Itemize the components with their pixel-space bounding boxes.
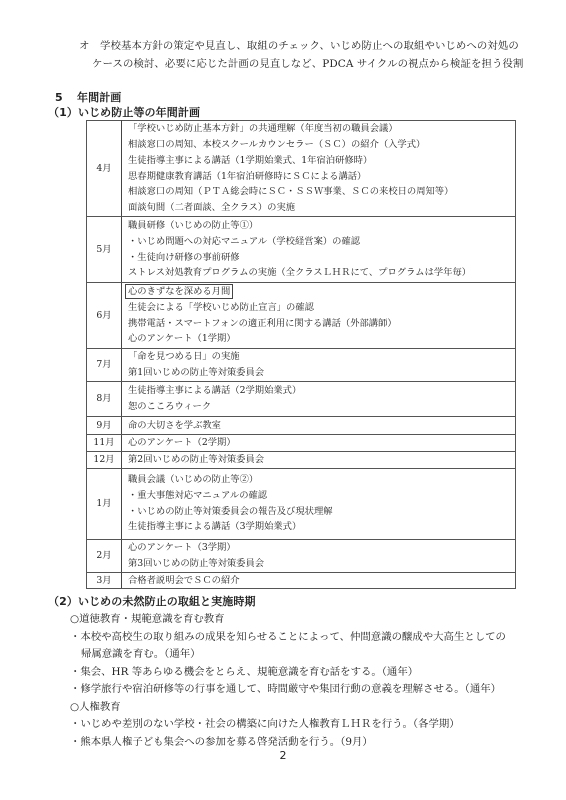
section-title: 年間計画 (77, 91, 121, 104)
boxed-activity: 心のきずなを深める月間 (125, 284, 233, 299)
plan-row: 7月「命を見つめる日」の実施第1回いじめの防止等対策委員会 (87, 349, 516, 382)
section-5-heading: 5年間計画 (55, 91, 121, 105)
month-cell: 2月 (87, 539, 122, 572)
month-cell: 3月 (87, 572, 122, 589)
plan-row: 11月心のアンケート（2学期） (87, 435, 516, 452)
activity-item: 「命を見つめる日」の実施 (128, 349, 515, 365)
category-heading: ○人権教育 (70, 699, 506, 717)
intro-paragraph-line-2: ケースの検討、必要に応じた計画の見直しなど、PDCA サイクルの視点から検証を担… (92, 57, 523, 71)
activity-item: 恕のこころウィーク (128, 399, 515, 415)
activities-cell: 心のアンケート（3学期）第3回いじめの防止等対策委員会 (122, 539, 516, 572)
intro-paragraph-line-1: オ 学校基本方針の策定や見直し、取組のチェック、いじめ防止への取組やいじめへの対… (79, 39, 519, 53)
subsection-2-heading: （2）いじめの未然防止の取組と実施時期 (48, 595, 256, 609)
month-cell: 6月 (87, 283, 122, 349)
activity-item: 携帯電話・スマートフォンの適正利用に関する講話（外部講師） (128, 316, 515, 332)
list-item: ・修学旅行や宿泊研修等の行事を通して、時間厳守や集団行動の意義を理解させる。（通… (70, 681, 506, 699)
activities-cell: 第2回いじめの防止等対策委員会 (122, 451, 516, 468)
plan-row: 2月心のアンケート（3学期）第3回いじめの防止等対策委員会 (87, 539, 516, 572)
list-item: ・本校や高校生の取り組みの成果を知らせることによって、仲間意識の醸成や大高生とし… (70, 629, 506, 647)
list-item: ・集会、HR 等あらゆる機会をとらえ、規範意識を育む話をする。（通年） (70, 664, 506, 682)
activity-item: 命の大切さを学ぶ教室 (128, 418, 515, 434)
plan-row: 6月心のきずなを深める月間生徒会による「学校いじめ防止宣言」の確認携帯電話・スマ… (87, 283, 516, 349)
activities-cell: 生徒指導主事による講話（2学期始業式）恕のこころウィーク (122, 382, 516, 417)
plan-row: 1月職員会議（いじめの防止等②）・重大事態対応マニュアルの確認・いじめの防止等対… (87, 468, 516, 539)
plan-row: 9月命の大切さを学ぶ教室 (87, 417, 516, 435)
month-cell: 5月 (87, 217, 122, 283)
activities-cell: 職員会議（いじめの防止等②）・重大事態対応マニュアルの確認・いじめの防止等対策委… (122, 468, 516, 539)
activity-item: ストレス対処教育プログラムの実施（全クラスＬＨＲにて、プログラムは学年毎） (128, 265, 515, 281)
activity-item: 心のアンケート（2学期） (128, 435, 515, 451)
plan-row: 5月職員研修（いじめの防止等①）・いじめ問題への対応マニュアル（学校経営案）の確… (87, 217, 516, 283)
activities-cell: 心のアンケート（2学期） (122, 435, 516, 452)
category-heading: ○道徳教育・規範意識を育む教育 (70, 611, 506, 629)
activity-item: ・いじめ問題への対応マニュアル（学校経営案）の確認 (128, 234, 515, 250)
activity-item: 第1回いじめの防止等対策委員会 (128, 365, 515, 381)
activity-item: 職員会議（いじめの防止等②） (128, 472, 515, 488)
activity-item: 生徒指導主事による講話（2学期始業式） (128, 383, 515, 399)
activity-item: 生徒会による「学校いじめ防止宣言」の確認 (128, 300, 515, 316)
plan-row: 8月生徒指導主事による講話（2学期始業式）恕のこころウィーク (87, 382, 516, 417)
activities-cell: 職員研修（いじめの防止等①）・いじめ問題への対応マニュアル（学校経営案）の確認・… (122, 217, 516, 283)
activities-cell: 合格者説明会でＳＣの紹介 (122, 572, 516, 589)
activity-item: 面談旬間（二者面談、全クラス）の実施 (128, 200, 515, 216)
month-cell: 7月 (87, 349, 122, 382)
activity-item: 生徒指導主事による講話（1学期始業式、1年宿泊研修時） (128, 153, 515, 169)
month-cell: 11月 (87, 435, 122, 452)
activity-item: 合格者説明会でＳＣの紹介 (128, 573, 515, 589)
activities-cell: 心のきずなを深める月間生徒会による「学校いじめ防止宣言」の確認携帯電話・スマート… (122, 283, 516, 349)
activity-item: ・重大事態対応マニュアルの確認 (128, 488, 515, 504)
subsection-1-heading: （1）いじめ防止等の年間計画 (48, 106, 200, 120)
activity-item: 心のアンケート（3学期） (128, 540, 515, 556)
list-item: 帰属意識を育む。（通年） (70, 646, 506, 664)
section-number: 5 (55, 91, 77, 105)
activity-item: 相談窓口の周知、本校スクールカウンセラー（ＳＣ）の紹介（入学式） (128, 137, 515, 153)
activity-item: ・生徒向け研修の事前研修 (128, 250, 515, 266)
activity-item: 心のアンケート（1学期） (128, 331, 515, 347)
month-cell: 9月 (87, 417, 122, 435)
activity-item: 職員研修（いじめの防止等①） (128, 218, 515, 234)
month-cell: 4月 (87, 121, 122, 217)
activity-item: 相談窓口の周知（ＰＴＡ総会時にＳＣ・ＳＳＷ事業、ＳＣの来校日の周知等） (128, 184, 515, 200)
list-item: ・いじめや差別のない学校・社会の構築に向けた人権教育ＬＨＲを行う。（各学期） (70, 716, 506, 734)
plan-row: 12月第2回いじめの防止等対策委員会 (87, 451, 516, 468)
activities-cell: 「命を見つめる日」の実施第1回いじめの防止等対策委員会 (122, 349, 516, 382)
activity-item: 「学校いじめ防止基本方針」の共通理解（年度当初の職員会議） (128, 121, 515, 137)
plan-row: 4月「学校いじめ防止基本方針」の共通理解（年度当初の職員会議）相談窓口の周知、本… (87, 121, 516, 217)
activities-cell: 「学校いじめ防止基本方針」の共通理解（年度当初の職員会議）相談窓口の周知、本校ス… (122, 121, 516, 217)
plan-row: 3月合格者説明会でＳＣの紹介 (87, 572, 516, 589)
activity-item: 思春期健康教育講話（1年宿泊研修時にＳＣによる講話） (128, 169, 515, 185)
annual-plan-table: 4月「学校いじめ防止基本方針」の共通理解（年度当初の職員会議）相談窓口の周知、本… (86, 120, 516, 589)
page-number: 2 (0, 749, 566, 762)
month-cell: 1月 (87, 468, 122, 539)
activity-item: ・いじめの防止等対策委員会の報告及び現状理解 (128, 504, 515, 520)
prevention-list: ○道徳教育・規範意識を育む教育・本校や高校生の取り組みの成果を知らせることによっ… (70, 611, 506, 751)
month-cell: 8月 (87, 382, 122, 417)
activity-item: 第2回いじめの防止等対策委員会 (128, 452, 515, 468)
activities-cell: 命の大切さを学ぶ教室 (122, 417, 516, 435)
month-cell: 12月 (87, 451, 122, 468)
activity-item: 生徒指導主事による講話（3学期始業式） (128, 519, 515, 535)
activity-item: 第3回いじめの防止等対策委員会 (128, 556, 515, 572)
